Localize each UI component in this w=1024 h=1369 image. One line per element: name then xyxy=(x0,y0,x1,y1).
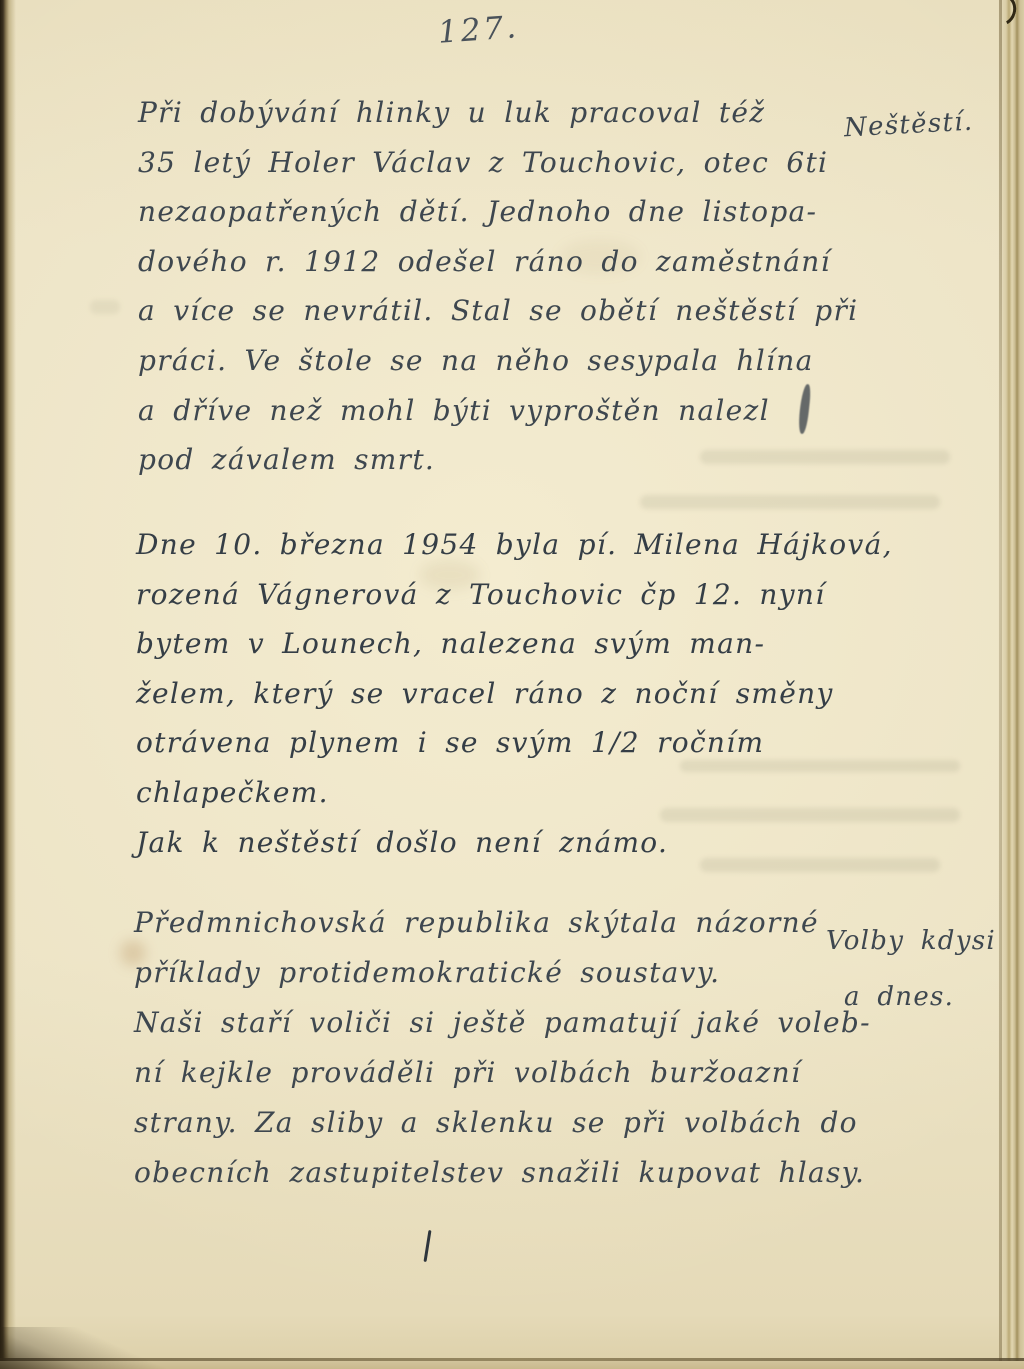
ink-bleed-through xyxy=(640,495,940,509)
handwritten-line: práci. Ve štole se na něho sesypala hlín… xyxy=(138,344,858,394)
handwritten-line: obecních zastupitelstev snažili kupovat … xyxy=(134,1156,871,1206)
handwritten-line: chlapečkem. xyxy=(136,776,893,826)
paragraph-elections: Předmnichovská republika skýtala názorné… xyxy=(134,906,871,1206)
handwritten-line: a dříve než mohl býti vyproštěn nalezl xyxy=(138,394,858,444)
handwritten-line: dového r. 1912 odešel ráno do zaměstnání xyxy=(138,245,858,295)
paragraph-accident-1912: Při dobývání hlinky u luk pracoval též 3… xyxy=(138,96,858,493)
ink-bleed-through xyxy=(90,300,120,314)
handwritten-line: Předmnichovská republika skýtala názorné xyxy=(134,906,871,956)
handwritten-line: pod závalem smrt. xyxy=(138,443,858,493)
handwritten-line: otrávena plynem i se svým 1/2 ročním xyxy=(136,726,893,776)
margin-note-accident: Neštěstí. xyxy=(843,107,974,144)
chronicle-page-scan: 127. Při dobývání hlinky u luk pracoval … xyxy=(0,0,1024,1369)
handwritten-line: Při dobývání hlinky u luk pracoval též xyxy=(138,96,858,146)
bottom-left-shadow xyxy=(0,1327,190,1369)
handwritten-line: bytem v Lounech, nalezena svým man- xyxy=(136,627,893,677)
book-binding-edge xyxy=(0,0,16,1369)
handwritten-line: Naši staří voliči si ještě pamatují jaké… xyxy=(134,1006,871,1056)
handwritten-line: želem, který se vracel ráno z noční směn… xyxy=(136,677,893,727)
margin-note-elections-line1: Volby kdysi xyxy=(826,926,996,956)
page-edge-crease xyxy=(999,0,1002,1369)
handwritten-line: Dne 10. března 1954 byla pí. Milena Hájk… xyxy=(136,528,893,578)
margin-note-elections-line2: a dnes. xyxy=(844,982,954,1012)
handwritten-line: 35 letý Holer Václav z Touchovic, otec 6… xyxy=(138,146,858,196)
handwritten-line: strany. Za sliby a sklenku se při volbác… xyxy=(134,1106,871,1156)
handwritten-line: rozená Vágnerová z Touchovic čp 12. nyní xyxy=(136,578,893,628)
handwritten-line: ní kejkle prováděli při volbách buržoazn… xyxy=(134,1056,871,1106)
handwritten-line: a více se nevrátil. Stal se obětí neštěs… xyxy=(138,294,858,344)
paragraph-gas-poisoning-1954: Dne 10. března 1954 byla pí. Milena Hájk… xyxy=(136,528,893,875)
handwritten-line: Jak k neštěstí došlo není známo. xyxy=(136,826,893,876)
handwritten-line: příklady protidemokratické soustavy. xyxy=(134,956,871,1006)
page-number: 127. xyxy=(437,9,520,51)
handwritten-line: nezaopatřených dětí. Jednoho dne listopa… xyxy=(138,195,858,245)
pen-stroke-mark xyxy=(424,1230,432,1262)
